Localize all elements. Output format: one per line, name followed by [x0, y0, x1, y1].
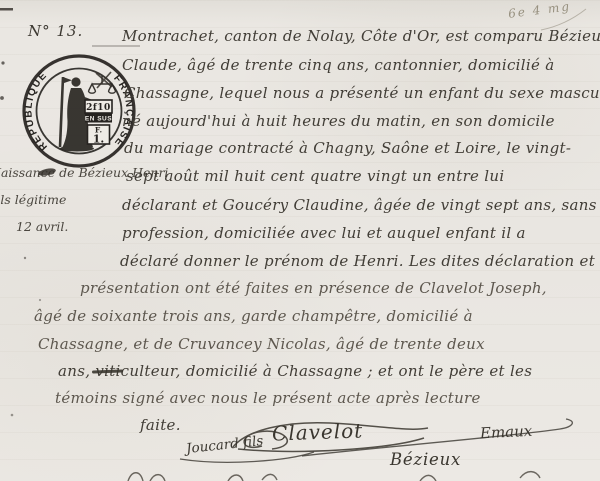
denomination-value: 1. [93, 133, 104, 146]
body-line-10: présentation ont été faites en présence … [80, 279, 547, 297]
margin-note-filiation: fils légitime [0, 192, 66, 207]
justice-scales-icon [89, 76, 116, 93]
body-line-6: sept août mil huit cent quatre vingt un … [126, 167, 504, 185]
body-line-12: Chassagne, et de Cruvancey Nicolas, âgé … [38, 335, 485, 353]
act-number: N° 13. [28, 22, 83, 40]
line13-post: culteur, domicilié à Chassagne ; et ont … [121, 362, 533, 380]
body-line-1: Montrachet, canton de Nolay, Côte d'Or, … [122, 27, 600, 45]
cutoff-next-line-marks [128, 472, 540, 481]
line13-crossed-out-word: viti [95, 362, 120, 380]
surcharge-value: 2f10 [86, 103, 111, 113]
body-line-14: témoins signé avec nous le présent acte … [55, 389, 481, 407]
body-line-4: né aujourd'hui à huit heures du matin, e… [122, 112, 555, 130]
body-line-11: âgé de soixante trois ans, garde champêt… [34, 307, 473, 325]
line13-pre: ans, [58, 362, 95, 380]
signature-clavelot: Clavelot [272, 418, 364, 445]
body-line-13: ans, viticulteur, domicilié à Chassagne … [58, 362, 532, 380]
margin-note-date: 12 avril. [16, 219, 68, 234]
body-line-9: déclaré donner le prénom de Henri. Les d… [120, 252, 595, 270]
body-line-7: déclarant et Goucéry Claudine, âgée de v… [122, 196, 597, 214]
pencil-annotation: 6e 4 mg [507, 0, 571, 21]
birth-record-scan: N° 13. 6e 4 mg RÉPUBLIQUE FRANÇAISE [0, 0, 600, 481]
denomination-box: F. 1. [88, 125, 110, 146]
signature-emaux: Emaux [480, 422, 533, 443]
body-line-8: profession, domiciliée avec lui et auque… [122, 224, 526, 242]
body-line-2: Claude, âgé de trente cinq ans, cantonni… [122, 56, 554, 74]
surcharge-box: 2f10 EN SUS [85, 100, 112, 123]
signature-joucard: Joucard fils [185, 433, 264, 457]
surcharge-label: EN SUS [85, 115, 112, 122]
body-line-5: du mariage contracté à Chagny, Saône et … [124, 139, 571, 157]
body-line-3: Chassagne, lequel nous a présenté un enf… [124, 84, 600, 102]
body-line-15: faite. [140, 416, 181, 434]
signature-bezieux: Bézieux [390, 450, 461, 469]
